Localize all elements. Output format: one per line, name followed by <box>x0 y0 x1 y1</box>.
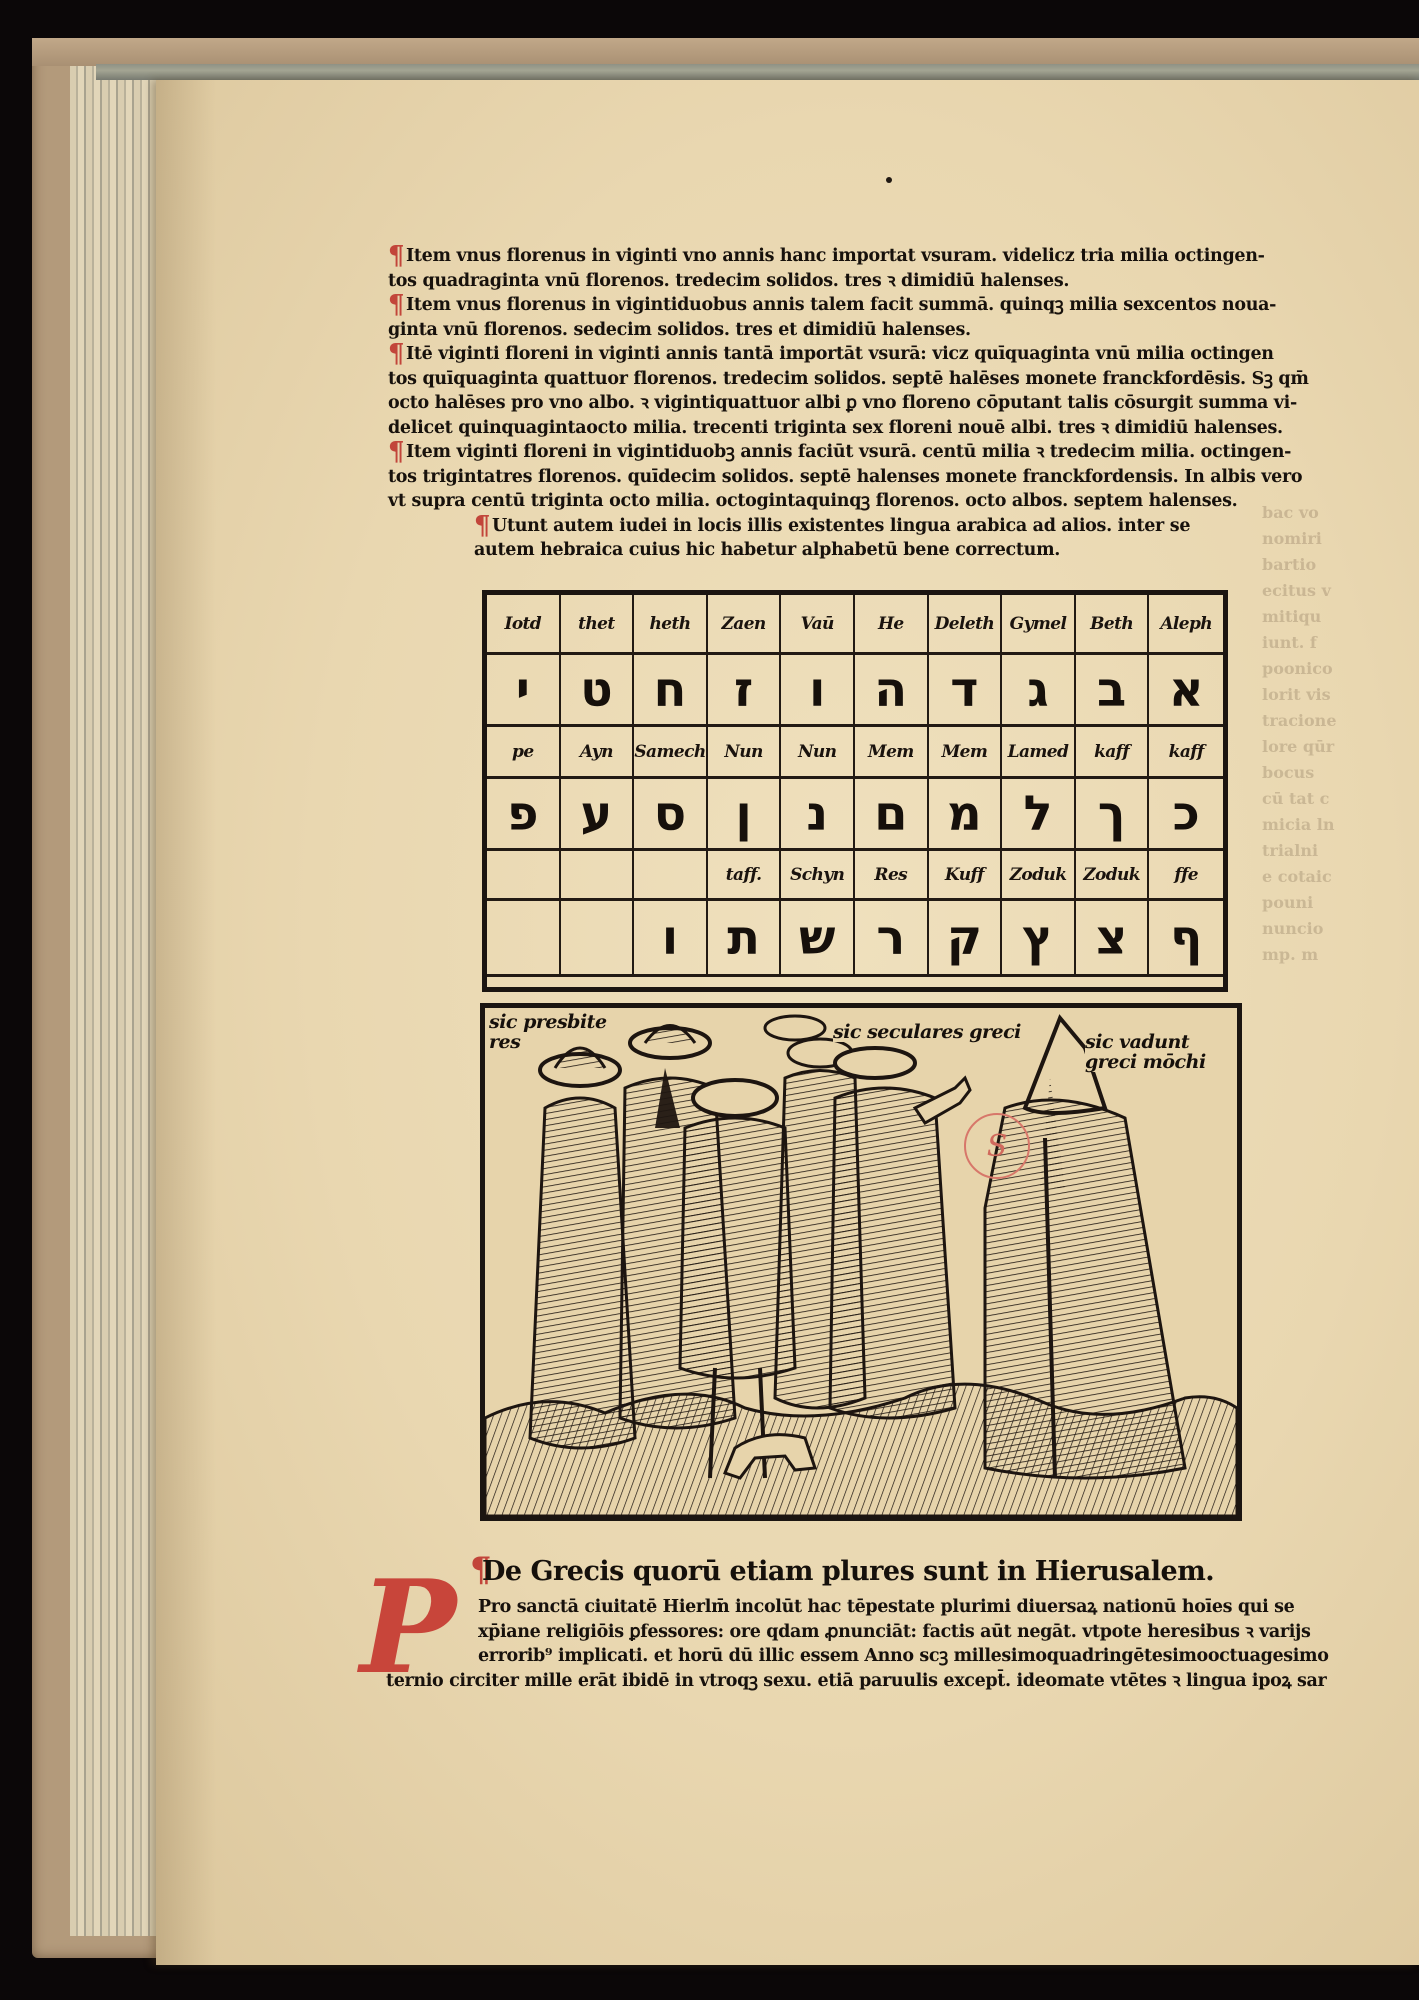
letter-name-cell: Zoduk <box>1002 851 1076 901</box>
woodcut-greek-figures: sic presbite res sic seculares greci sic… <box>480 1003 1242 1521</box>
hebrew-alphabet-table: Iotd thet heth Zaen Vaū He Deleth Gymel … <box>482 590 1228 992</box>
usury-text-block: ¶Item vnus florenus in viginti vno annis… <box>388 244 1343 563</box>
woodcut-label-monks: sic vadunt greci mōchi <box>1085 1032 1206 1072</box>
letter-name-cell: kaff <box>1149 727 1223 779</box>
letter-name-cell: Vaū <box>781 595 855 655</box>
woodcut-figures-illustration <box>485 1008 1237 1516</box>
hebrew-glyph-cell <box>487 901 561 977</box>
letter-name-cell <box>634 851 708 901</box>
page-stack-top <box>96 64 1419 80</box>
paragraph: ¶Item viginti floreni in vigintiduobꝫ an… <box>388 440 1343 514</box>
hebrew-glyph-cell: י <box>487 655 561 727</box>
letter-name-cell: Schyn <box>781 851 855 901</box>
hebrew-glyph-cell: ו <box>781 655 855 727</box>
letter-name-cell: ffe <box>1149 851 1223 901</box>
letter-name-cell: kaff <box>1076 727 1150 779</box>
letter-name-cell: Aleph <box>1149 595 1223 655</box>
woodcut-label-priests: sic presbite res <box>489 1012 607 1052</box>
letter-name-cell: Zoduk <box>1076 851 1150 901</box>
letter-name-cell: Kuff <box>929 851 1003 901</box>
paragraph-alphabet-intro: ¶Utunt autem iudei in locis illis existe… <box>474 514 1234 563</box>
letter-name-cell: pe <box>487 727 561 779</box>
hebrew-glyph-cell: ן <box>708 779 782 851</box>
letter-name-cell <box>561 851 635 901</box>
hebrew-glyph-cell: ם <box>855 779 929 851</box>
hebrew-glyph-cell: צ <box>1076 901 1150 977</box>
letter-name-cell: Mem <box>855 727 929 779</box>
letter-name-cell: Beth <box>1076 595 1150 655</box>
woodcut-label-seculars: sic seculares greci <box>833 1022 1021 1042</box>
paragraph: ¶Itē viginti floreni in viginti annis ta… <box>388 342 1343 440</box>
letter-name-cell: Deleth <box>929 595 1003 655</box>
hebrew-glyph-cell: ט <box>561 655 635 727</box>
hebrew-glyph-cell: ז <box>708 655 782 727</box>
library-stamp-icon: S <box>964 1113 1030 1179</box>
hebrew-glyph-cell: ל <box>1002 779 1076 851</box>
hebrew-glyph-cell: מ <box>929 779 1003 851</box>
hebrew-glyph-cell <box>561 901 635 977</box>
show-through-text: bac vonomiribartioecitus vmitiquiunt. fp… <box>1262 500 1342 980</box>
letter-name-cell: Res <box>855 851 929 901</box>
paragraph: ¶Item vnus florenus in vigintiduobus ann… <box>388 293 1343 342</box>
hebrew-glyph-cell: ג <box>1002 655 1076 727</box>
hebrew-glyph-cell: ק <box>929 901 1003 977</box>
letter-name-cell: thet <box>561 595 635 655</box>
ink-speck <box>886 177 892 183</box>
hebrew-glyph-cell: ת <box>708 901 782 977</box>
letter-name-cell: Mem <box>929 727 1003 779</box>
rubric-pilcrow-icon: ¶ <box>474 516 490 536</box>
hebrew-glyph-cell: ץ <box>1002 901 1076 977</box>
hebrew-glyph-cell: כ <box>1149 779 1223 851</box>
section-heading: De Grecis quorū etiam plures sunt in Hie… <box>482 1556 1214 1587</box>
letter-name-cell: Gymel <box>1002 595 1076 655</box>
rubric-pilcrow-icon: ¶ <box>388 295 404 315</box>
page-stack-edges <box>70 66 160 1936</box>
rubric-pilcrow-icon: ¶ <box>388 442 404 462</box>
letter-name-cell: Ayn <box>561 727 635 779</box>
hebrew-glyph-cell: ח <box>634 655 708 727</box>
hebrew-glyph-cell: ד <box>929 655 1003 727</box>
letter-name-cell: He <box>855 595 929 655</box>
rubric-pilcrow-icon: ¶ <box>388 344 404 364</box>
hebrew-glyph-cell: ע <box>561 779 635 851</box>
hebrew-glyph-cell: ס <box>634 779 708 851</box>
letter-name-cell: heth <box>634 595 708 655</box>
hebrew-glyph-cell: ך <box>1076 779 1150 851</box>
hebrew-glyph-cell: פ <box>487 779 561 851</box>
letter-name-cell: taff. <box>708 851 782 901</box>
rubric-pilcrow-icon: ¶ <box>388 246 404 266</box>
hebrew-glyph-cell: ף <box>1149 901 1223 977</box>
hebrew-glyph-cell: ו <box>634 901 708 977</box>
hebrew-glyph-cell: נ <box>781 779 855 851</box>
hebrew-glyph-cell: ש <box>781 901 855 977</box>
paragraph: ¶Item vnus florenus in viginti vno annis… <box>388 244 1343 293</box>
letter-name-cell: Nun <box>781 727 855 779</box>
letter-name-cell: Iotd <box>487 595 561 655</box>
hebrew-glyph-cell: ב <box>1076 655 1150 727</box>
section-body-text: Pro sanctā ciuitatē Hierlm̄ incolūt hac … <box>478 1595 1348 1693</box>
hebrew-glyph-cell: ה <box>855 655 929 727</box>
letter-name-cell <box>487 851 561 901</box>
letter-name-cell: Samech <box>634 727 708 779</box>
letter-name-cell: Lamed <box>1002 727 1076 779</box>
hebrew-glyph-cell: ר <box>855 901 929 977</box>
book-cover-top-edge <box>32 38 1419 66</box>
letter-name-cell: Nun <box>708 727 782 779</box>
letter-name-cell: Zaen <box>708 595 782 655</box>
hebrew-glyph-cell: א <box>1149 655 1223 727</box>
